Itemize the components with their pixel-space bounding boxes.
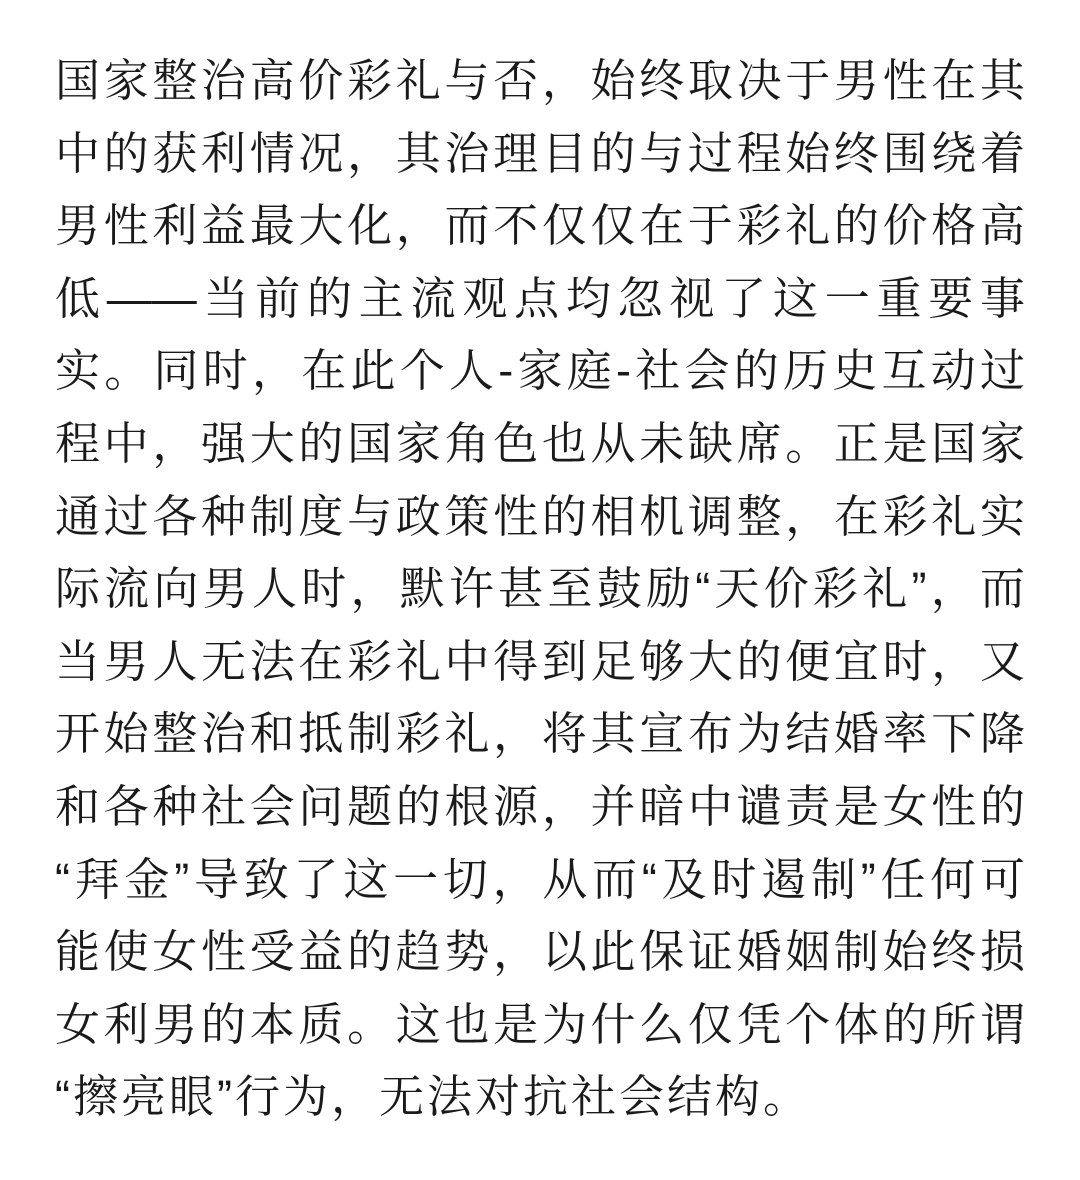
text-line: 开始整治和抵制彩礼，将其宣布为结婚率下降 [55, 698, 1025, 771]
text-line: 通过各种制度与政策性的相机调整，在彩礼实 [55, 481, 1025, 554]
text-line: 实。同时，在此个人-家庭-社会的历史互动过 [55, 335, 1025, 408]
text-line: “擦亮眼”行为，无法对抗社会结构。 [55, 1061, 1025, 1134]
text-line: 和各种社会问题的根源，并暗中谴责是女性的 [55, 771, 1025, 844]
text-line: 能使女性受益的趋势，以此保证婚姻制始终损 [55, 916, 1025, 989]
text-line: 男性利益最大化，而不仅仅在于彩礼的价格高 [55, 190, 1025, 263]
text-line: 程中，强大的国家角色也从未缺席。正是国家 [55, 408, 1025, 481]
text-line: 女利男的本质。这也是为什么仅凭个体的所谓 [55, 989, 1025, 1062]
text-line: 中的获利情况，其治理目的与过程始终围绕着 [55, 118, 1025, 191]
text-line: 国家整治高价彩礼与否，始终取决于男性在其 [55, 45, 1025, 118]
text-screenshot-page: 国家整治高价彩礼与否，始终取决于男性在其 中的获利情况，其治理目的与过程始终围绕… [0, 0, 1080, 1180]
text-line: “拜金”导致了这一切，从而“及时遏制”任何可 [55, 844, 1025, 917]
text-line: 低——当前的主流观点均忽视了这一重要事 [55, 263, 1025, 336]
text-line: 际流向男人时，默许甚至鼓励“天价彩礼”，而 [55, 553, 1025, 626]
paragraph: 国家整治高价彩礼与否，始终取决于男性在其 中的获利情况，其治理目的与过程始终围绕… [0, 0, 1080, 1134]
text-line: 当男人无法在彩礼中得到足够大的便宜时，又 [55, 626, 1025, 699]
